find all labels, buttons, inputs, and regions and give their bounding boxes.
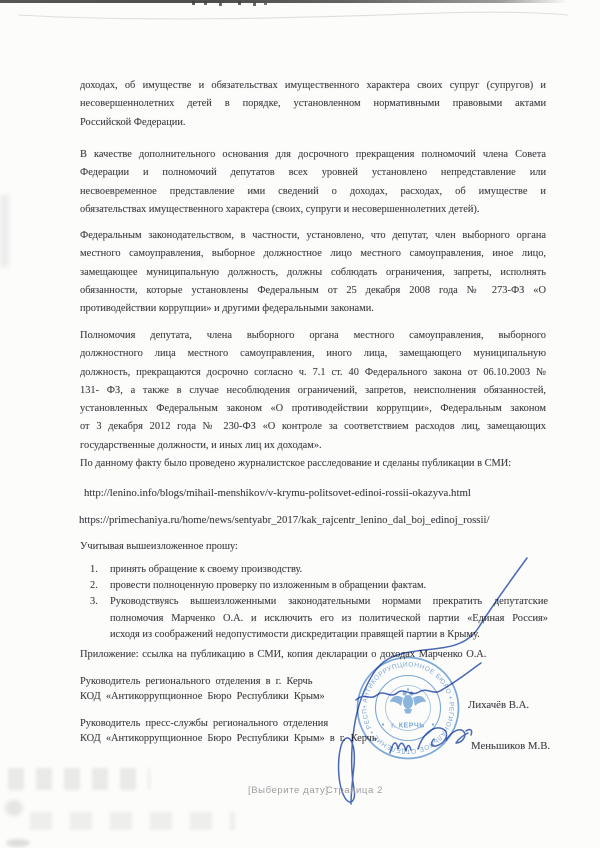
signature-initial-stroke [390,743,411,753]
page-footer: [Выберите дату] Страница 2 [0,785,600,799]
footer-page-number: Страница 2 [326,785,383,796]
signature-zigzag-stroke [356,663,481,700]
signature-flourish-stroke [339,558,527,804]
signature-scribble-stroke [418,728,472,749]
handwritten-signature-ink [0,0,600,848]
footer-date-placeholder: [Выберите дату] [248,785,329,796]
scanned-document-page: доходах, об имуществе и обязательствах и… [0,0,600,848]
